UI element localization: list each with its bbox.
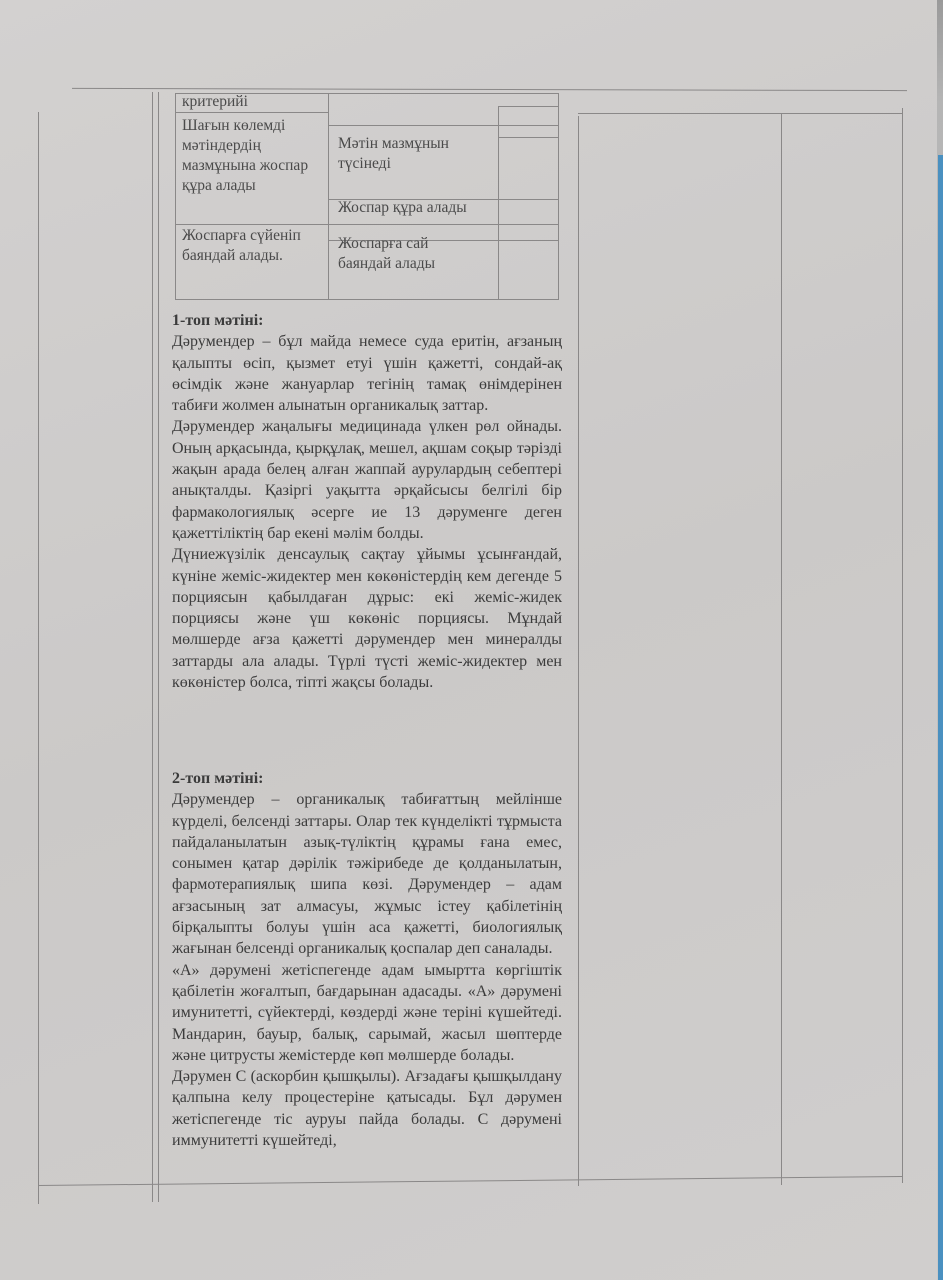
descriptor-1-1: Мәтін мазмұнын түсінеді (338, 134, 493, 174)
descriptor-1-2: Жоспар құра алады (338, 198, 498, 218)
group1-paragraph-1: Дәрумендер – бұл майда немесе суда ериті… (172, 331, 562, 416)
table-border-bottom (38, 1176, 903, 1186)
table-column-divider (158, 92, 159, 1202)
group2-paragraph-3: Дәрумен С (аскорбин қышқылы). Ағзадағы қ… (172, 1066, 562, 1151)
group2-paragraph-1: Дәрумендер – органикалық табиғаттың мейл… (172, 789, 562, 959)
group1-heading: 1-топ мәтіні: (172, 310, 562, 331)
criteria-table-divider (328, 125, 558, 126)
criteria-table-divider (498, 106, 558, 107)
criteria-table-divider (498, 137, 558, 138)
group2-heading: 2-топ мәтіні: (172, 768, 562, 789)
criteria-table-divider (498, 106, 499, 300)
table-border-top-right (578, 113, 903, 114)
criteria-table: критерийі Шағын көлемді мәтіндердің мазм… (175, 93, 559, 300)
criteria-header-fragment: критерийі (182, 92, 327, 112)
group2-paragraph-2: «А» дәрумені жетіспегенде адам ымыртта к… (172, 960, 562, 1066)
table-column-divider (578, 116, 579, 1186)
criterion-1: Шағын көлемді мәтіндердің мазмұнына жосп… (182, 116, 324, 196)
table-border-right (902, 108, 903, 1183)
group1-paragraph-3: Дүниежүзілік денсаулық сақтау ұйымы ұсын… (172, 544, 562, 693)
group1-paragraph-2: Дәрумендер жаңалығы медицинада үлкен рөл… (172, 416, 562, 544)
descriptor-2-1: Жоспарға сай баяндай алады (338, 234, 468, 274)
group1-section: 1-топ мәтіні: Дәрумендер – бұл майда нем… (172, 310, 562, 693)
document-page: критерийі Шағын көлемді мәтіндердің мазм… (0, 0, 938, 1280)
criteria-table-divider (176, 224, 558, 225)
group2-section: 2-топ мәтіні: Дәрумендер – органикалық т… (172, 768, 562, 1151)
table-column-divider (152, 92, 153, 1202)
criteria-table-divider (176, 112, 328, 113)
criterion-2: Жоспарға сүйеніп баяндай алады. (182, 226, 324, 266)
table-border-top (72, 88, 907, 91)
table-border-left (38, 112, 39, 1204)
background-blue-edge (938, 155, 943, 1280)
table-column-divider (781, 113, 782, 1185)
